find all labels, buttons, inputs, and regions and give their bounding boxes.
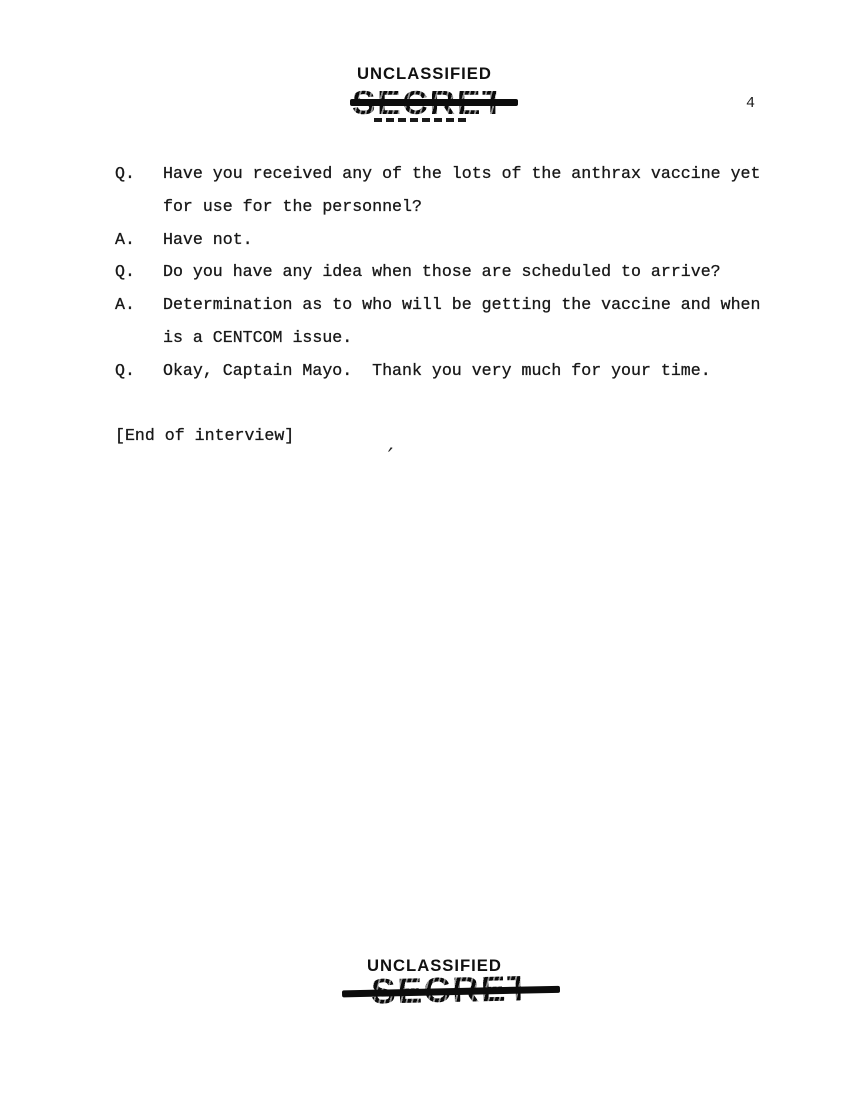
page-number: 4: [746, 95, 755, 112]
speaker-label: Q.: [115, 355, 163, 388]
transcript-entry: A.Determination as to who will be gettin…: [115, 289, 760, 355]
transcript-entry: Q.Have you received any of the lots of t…: [115, 158, 760, 224]
transcript-entry: Q.Do you have any idea when those are sc…: [115, 256, 760, 289]
entry-text: Have not.: [163, 224, 253, 257]
speaker-label: A.: [115, 289, 163, 322]
interview-transcript: Q.Have you received any of the lots of t…: [115, 158, 760, 453]
speaker-label: Q.: [115, 256, 163, 289]
entry-text: Determination as to who will be getting …: [163, 289, 760, 355]
transcript-entry: A.Have not.: [115, 224, 760, 257]
entry-text: Do you have any idea when those are sche…: [163, 256, 721, 289]
speaker-label: Q.: [115, 158, 163, 191]
secret-stamp-bottom: SECRET: [371, 969, 542, 1013]
end-of-interview-note: [End of interview]: [115, 420, 760, 453]
transcript-entry: Q.Okay, Captain Mayo. Thank you very muc…: [115, 355, 760, 388]
secret-stamp-top: SECRET: [352, 84, 516, 122]
transcript-entries: Q.Have you received any of the lots of t…: [115, 158, 760, 388]
entry-text: Have you received any of the lots of the…: [163, 158, 760, 224]
strikethrough-line: [350, 99, 518, 106]
speaker-label: A.: [115, 224, 163, 257]
document-page: UNCLASSIFIED SECRET 4 Q.Have you receive…: [0, 0, 850, 1097]
unclassified-marking-top: UNCLASSIFIED: [357, 64, 492, 84]
stamp-dashes: [374, 118, 466, 122]
entry-text: Okay, Captain Mayo. Thank you very much …: [163, 355, 711, 388]
